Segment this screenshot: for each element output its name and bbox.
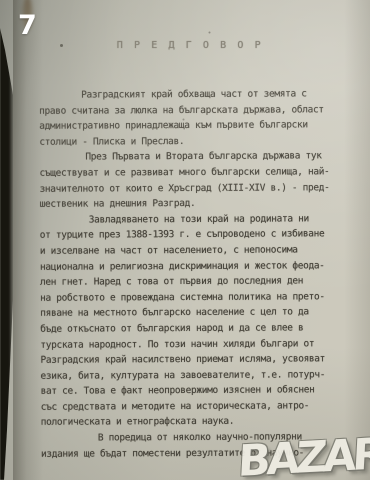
text-line: на робството е провеждана системна полит…: [40, 289, 342, 306]
text-line: турската народност. По този начин хиляди…: [40, 336, 342, 353]
text-line: от турците през 1388-1393 г. е съпроводе…: [40, 227, 342, 244]
text-line: езика, бита, културата на завоевателите,…: [40, 367, 342, 384]
paragraph: Разградският край обхваща част от земята…: [39, 86, 341, 150]
text-line: пяване на местното българско население с…: [40, 305, 342, 322]
text-line: шественик на днешния Разград.: [40, 195, 342, 212]
text-line: Разградският край обхваща част от земята…: [39, 86, 341, 103]
text-line: През Първата и Втората българска държава…: [39, 149, 341, 166]
preface-title: П Р Е Д Г О В О Р: [40, 40, 340, 51]
page-number: 7: [18, 12, 37, 39]
page-gutter-shadow: [13, 0, 43, 480]
paragraph: През Първата и Втората българска държава…: [39, 149, 341, 213]
text-line: и изселване на част от населението, с не…: [40, 242, 342, 259]
book-page-photo: 7 П Р Е Д Г О В О Р Разградският край об…: [0, 0, 370, 480]
text-line: Завладяването на този край на родината н…: [40, 211, 342, 228]
paragraph: Завладяването на този край на родината н…: [40, 211, 343, 431]
bazar-logo-watermark: BAZAR: [237, 433, 370, 480]
text-line: Разградския край насилствено приемат исл…: [40, 351, 342, 368]
text-line: бъде откъснато от българския народ и да …: [40, 320, 342, 337]
text-line: право считана за люлка на българската дъ…: [39, 102, 341, 119]
text-line: пологическата и етнографската наука.: [41, 414, 343, 431]
text-line: значителното от които е Хръсград (XIII-X…: [40, 180, 342, 197]
text-line: административно принадлежаща към първите…: [39, 117, 341, 134]
text-line: лен гнет. Наред с това от първия до посл…: [40, 273, 342, 290]
text-line: национална и религиозна дискриминация и …: [40, 258, 342, 275]
body-text: Разградският край обхваща част от земята…: [39, 86, 343, 462]
text-line: столици - Плиска и Преслав.: [39, 133, 341, 150]
text-line: съществуват и се развиват много българск…: [39, 164, 341, 181]
text-line: ват се. Това е факт неопровержимо изясне…: [41, 382, 343, 399]
page-right-shading: [344, 0, 370, 480]
text-line: със средствата и методите на историческа…: [41, 398, 343, 415]
